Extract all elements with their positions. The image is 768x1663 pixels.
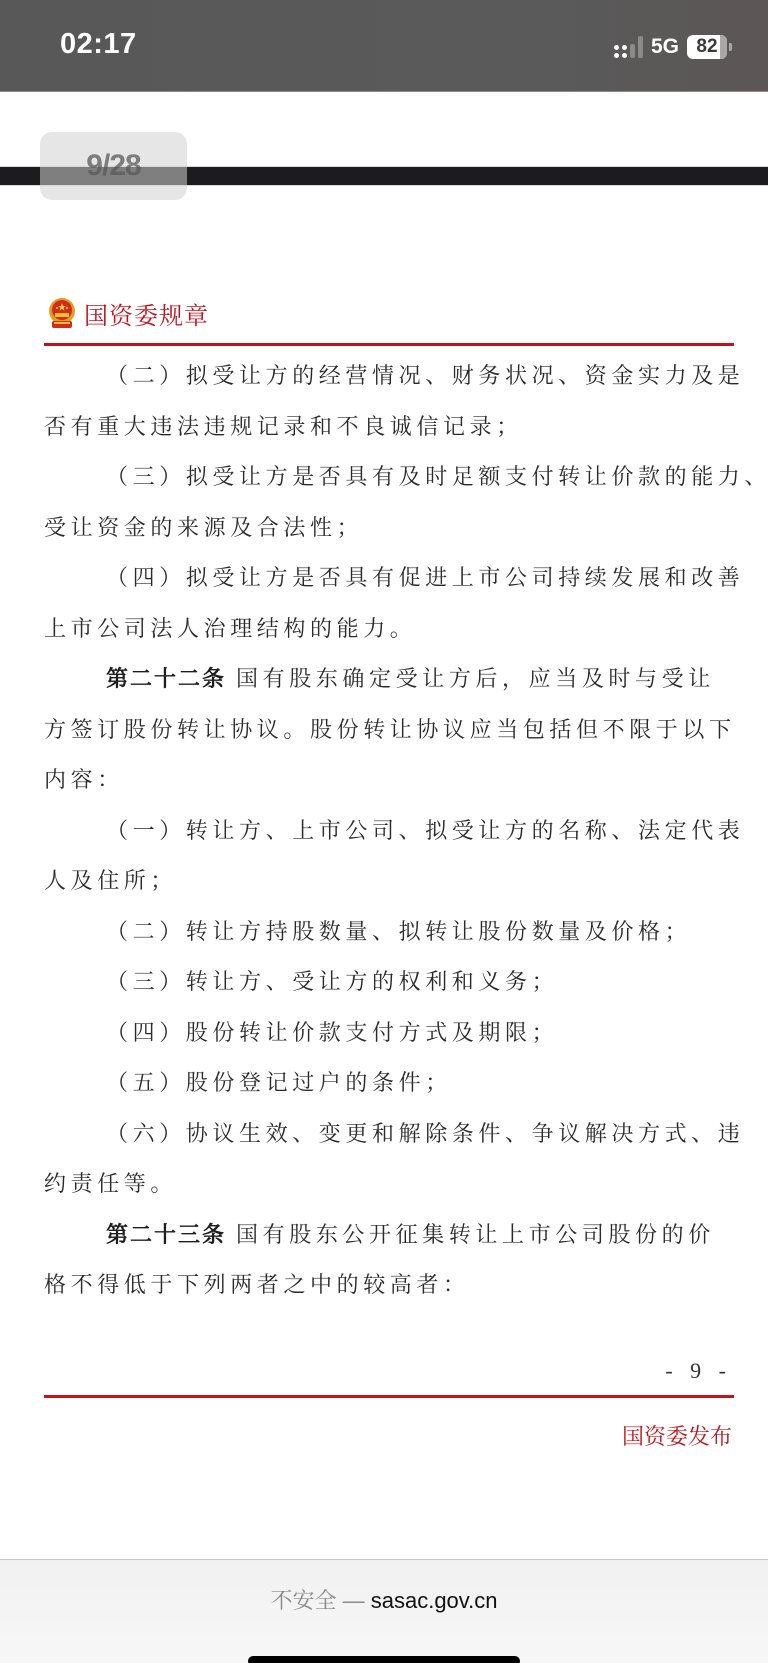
publisher-label: 国资委发布 <box>622 1420 732 1451</box>
doc-line: （三）转让方、受让方的权利和义务； <box>44 958 734 1009</box>
doc-line: 人及住所； <box>44 857 734 908</box>
status-bar: 02:17 5G 82 <box>0 0 768 92</box>
doc-line: 方签订股份转让协议。股份转让协议应当包括但不限于以下 <box>44 706 734 757</box>
page-indicator-label: 9/28 <box>86 149 140 183</box>
doc-line: （一）转让方、上市公司、拟受让方的名称、法定代表 <box>44 807 734 858</box>
article-23-line: 第二十三条国有股东公开征集转让上市公司股份的价 <box>44 1211 734 1262</box>
doc-line: （三）拟受让方是否具有及时足额支付转让价款的能力、 <box>44 453 734 504</box>
doc-line: （五）股份登记过户的条件； <box>44 1059 734 1110</box>
header-rule <box>44 343 734 346</box>
doc-line: 格不得低于下列两者之中的较高者： <box>44 1261 734 1312</box>
browser-address-bar[interactable]: 不安全 — sasac.gov.cn <box>0 1559 768 1663</box>
url-display[interactable]: 不安全 — sasac.gov.cn <box>0 1584 768 1615</box>
article-heading: 第二十三条 <box>106 1223 226 1248</box>
doc-line: 约责任等。 <box>44 1160 734 1211</box>
battery-icon: 82 <box>687 35 732 59</box>
battery-level: 82 <box>696 36 717 58</box>
status-icons: 5G 82 <box>614 35 732 59</box>
page-number: - 9 - <box>665 1358 732 1384</box>
home-indicator[interactable] <box>248 1656 520 1663</box>
doc-line: 上市公司法人治理结构的能力。 <box>44 605 734 656</box>
status-time: 02:17 <box>60 28 137 61</box>
signal-icon <box>614 36 643 58</box>
doc-line: （六）协议生效、变更和解除条件、争议解决方式、违 <box>44 1110 734 1161</box>
article-22-line: 第二十二条国有股东确定受让方后，应当及时与受让 <box>44 655 734 706</box>
doc-line: （四）股份转让价款支付方式及期限； <box>44 1009 734 1060</box>
doc-line: （四）拟受让方是否具有促进上市公司持续发展和改善 <box>44 554 734 605</box>
network-type: 5G <box>651 35 679 59</box>
footer-rule <box>44 1395 734 1398</box>
national-emblem-icon <box>46 297 78 331</box>
url-domain: sasac.gov.cn <box>371 1588 498 1613</box>
page-indicator: 9/28 <box>40 132 187 200</box>
document-header: 国资委规章 <box>46 296 209 331</box>
doc-line: 否有重大违法违规记录和不良诚信记录； <box>44 403 734 454</box>
doc-line: （二）拟受让方的经营情况、财务状况、资金实力及是 <box>44 352 734 403</box>
document-body: （二）拟受让方的经营情况、财务状况、资金实力及是 否有重大违法违规记录和不良诚信… <box>44 352 734 1312</box>
doc-line: 内容： <box>44 756 734 807</box>
security-label: 不安全 — <box>270 1588 364 1613</box>
article-heading: 第二十二条 <box>106 667 226 692</box>
doc-line: （二）转让方持股数量、拟转让股份数量及价格； <box>44 908 734 959</box>
document-header-title: 国资委规章 <box>84 296 209 331</box>
doc-line: 受让资金的来源及合法性； <box>44 504 734 555</box>
